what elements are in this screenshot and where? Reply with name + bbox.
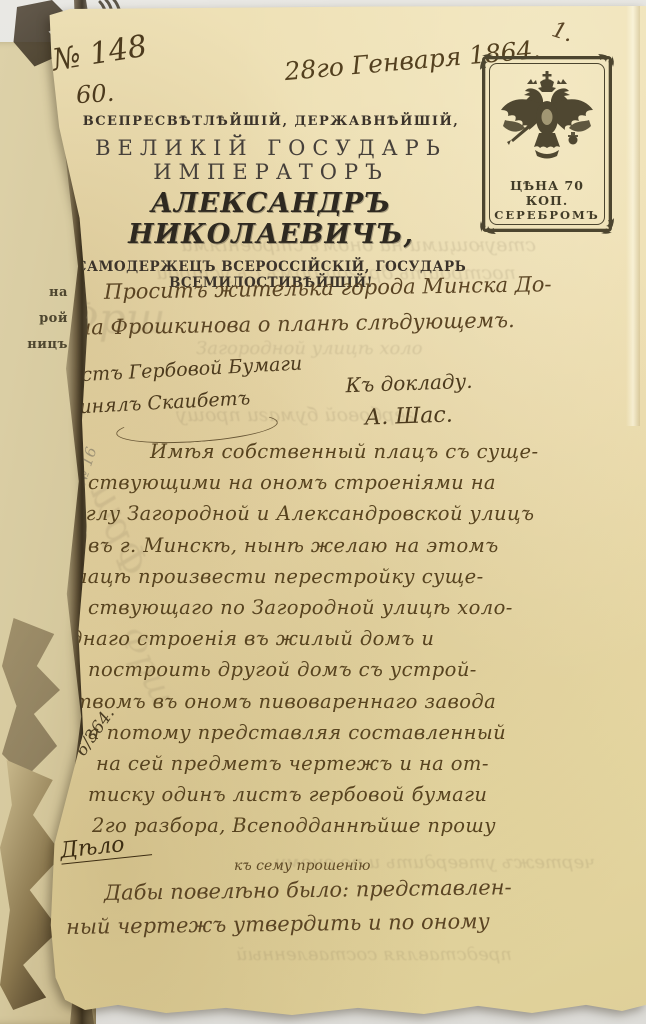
document-sheet: ствующими на ономъ строеніями построить …: [46, 6, 646, 1016]
body-line: Имѣя собственный плацъ съ суще-: [62, 436, 607, 467]
body-line: днаго строенія въ жилый домъ и: [62, 623, 607, 654]
body-line: построить другой домъ съ устрой-: [62, 654, 607, 685]
body-line: ствующаго по Загородной улицѣ холо-: [62, 592, 607, 623]
body-line: тиску одинъ листъ гербовой бумаги: [62, 779, 607, 810]
clerk-resolution-note: Къ докладу. А. Шас.: [345, 364, 474, 436]
body-line: плацѣ произвести перестройку суще-: [62, 561, 607, 592]
clerk-signature: А. Шас.: [364, 398, 474, 436]
stamp-price-line2: СЕРЕБРОМЪ: [490, 208, 604, 223]
double-headed-eagle-icon: [497, 70, 597, 178]
printed-letterhead: ВСЕПРЕСВѢТЛѢЙШІЙ, ДЕРЖАВНѢЙШІЙ, ВЕЛИКІЙ …: [46, 114, 496, 291]
paper-surface: ствующими на ономъ строеніями построить …: [46, 6, 646, 1016]
body-line: ствующими на ономъ строеніями на: [62, 467, 607, 498]
registry-number: № 148: [50, 29, 149, 78]
body-line: углу Загородной и Александровской улицъ: [62, 498, 607, 529]
interline-note: къ сему прошенію: [234, 858, 370, 874]
page-number: 1.: [549, 17, 577, 47]
stamp-price-line1: ЦѢНА 70 КОП.: [490, 178, 604, 208]
letterhead-line1: ВСЕПРЕСВѢТЛѢЙШІЙ, ДЕРЖАВНѢЙШІЙ,: [46, 114, 496, 129]
bleedthrough-text: представляя составленный: [236, 944, 512, 965]
petition-intro-line: мна Фрошкинова о планѣ слѣдующемъ.: [60, 308, 515, 340]
paper-fold-highlight: [626, 6, 640, 426]
stamped-paper-receipt-note: Листъ Гербовой Бумаги принялъ Скаибетъ: [52, 348, 304, 425]
letterhead-line2: ВЕЛИКІЙ ГОСУДАРЬ ИМПЕРАТОРЪ: [46, 136, 496, 184]
petition-body: Имѣя собственный плацъ съ суще- ствующим…: [62, 436, 607, 842]
registry-sub-number: 60.: [75, 79, 115, 110]
letterhead-emperor-name: АЛЕКСАНДРЪ НИКОЛАЕВИЧЪ,: [46, 188, 496, 250]
petition-closing-line: Дабы повелѣно было: представлен-: [104, 875, 512, 905]
resolution-text: Къ докладу.: [345, 364, 473, 402]
stamp-inner-frame: ЦѢНА 70 КОП. СЕРЕБРОМЪ: [489, 63, 605, 225]
petition-closing-line: ный чертежъ утвердить и по оному: [66, 909, 490, 939]
body-line: въ г. Минскѣ, нынѣ желаю на этомъ: [62, 530, 607, 561]
revenue-stamp: ЦѢНА 70 КОП. СЕРЕБРОМЪ: [482, 56, 612, 232]
body-line: на сей предметъ чертежъ и на от-: [62, 748, 607, 779]
body-line: а потому представляя составленный: [62, 717, 607, 748]
body-line: ствомъ въ ономъ пивовареннаго завода: [62, 686, 607, 717]
